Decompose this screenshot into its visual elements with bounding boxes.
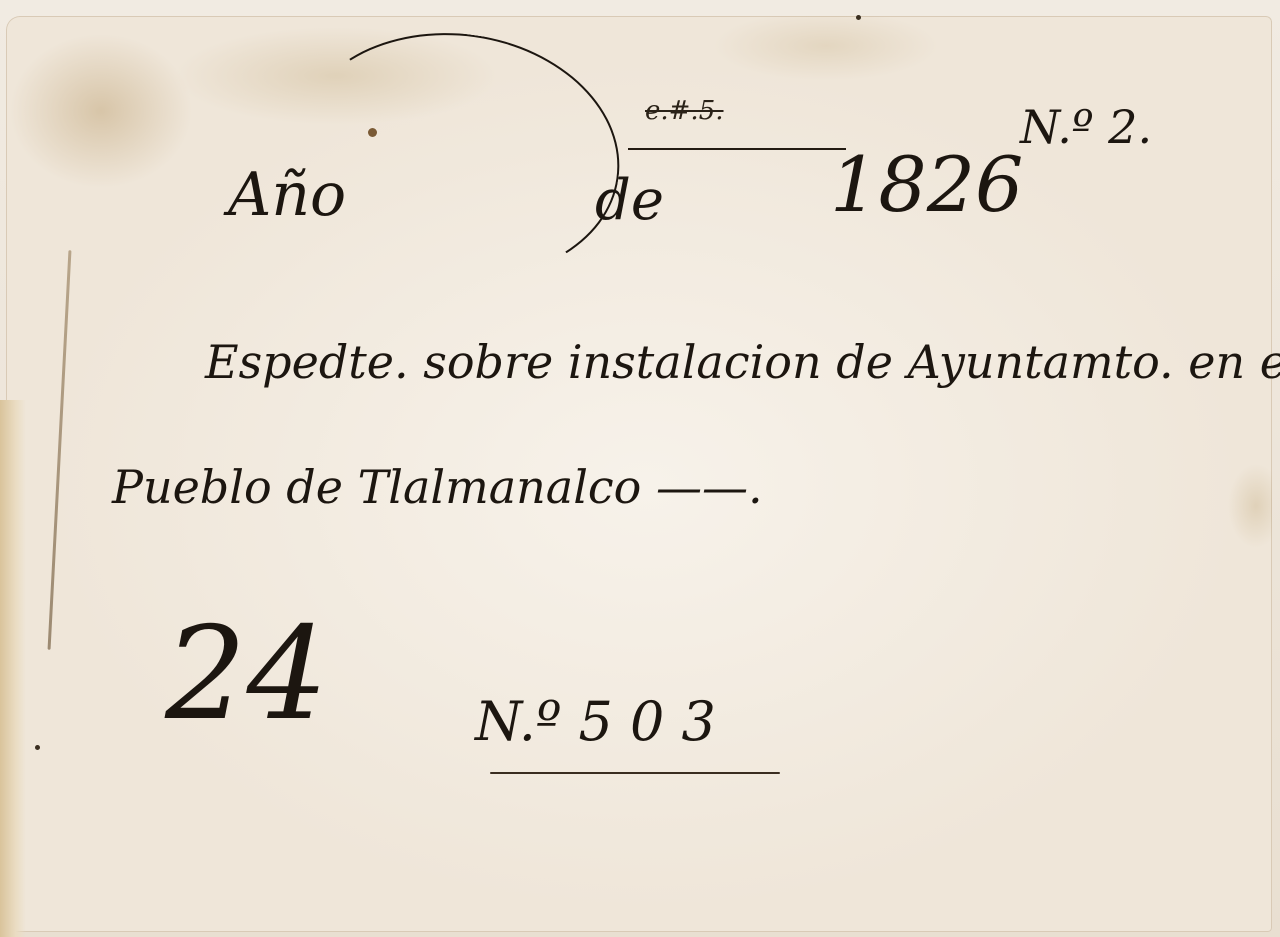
document-number: N.º 2. [1020, 100, 1152, 154]
header-rule [628, 148, 846, 150]
stain-spot [368, 128, 377, 137]
ink-speck [35, 745, 40, 750]
file-number: 24 [165, 600, 328, 749]
ink-speck [856, 15, 861, 20]
label-de: de [595, 168, 664, 233]
title-line-1: Espedte. sobre instalacion de Ayuntamto.… [205, 335, 1280, 389]
reference-underline [490, 772, 780, 774]
label-year: Año [228, 160, 346, 230]
title-line-2: Pueblo de Tlalmanalco ——. [112, 460, 763, 514]
binding-edge [0, 400, 26, 937]
reference-number: N.º 5 0 3 [475, 690, 716, 753]
year-value: 1826 [830, 140, 1023, 229]
struck-out-mark: e.#.5. [645, 96, 724, 126]
